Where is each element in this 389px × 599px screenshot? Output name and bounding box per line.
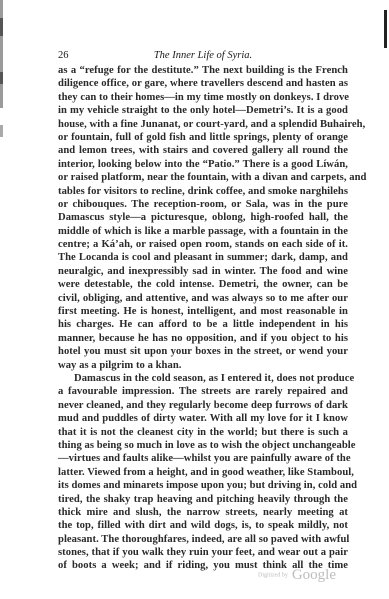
text-line: a favourable impression. The streets are…: [58, 385, 348, 398]
text-line: tables for visitors to recline, drink co…: [58, 185, 348, 198]
text-line: interior, looking below into the “Patio.…: [58, 158, 348, 171]
text-line: first meeting. He is honest, intelligent…: [58, 305, 348, 318]
scan-edge-mark: [0, 72, 3, 84]
digitized-by-label: Digitized by: [258, 572, 288, 578]
text-line: thing as being so much in love as to wis…: [58, 439, 348, 452]
text-line: mud and puddles of dirty water. With all…: [58, 412, 348, 425]
text-line: middle of which is like a marble passage…: [58, 225, 348, 238]
body-text: as a “refuge for the destitute.” The nex…: [58, 64, 348, 573]
text-line: way as a pilgrim to a khan.: [58, 359, 348, 372]
text-line: house, with a fine Junanat, or court-yar…: [58, 118, 348, 131]
text-line: they can to their homes—in my time mostl…: [58, 91, 348, 104]
text-line: hotel you must sit upon your boxes in th…: [58, 345, 348, 358]
scan-edge-right: [384, 10, 387, 48]
text-line: neuralgic, and inexpressibly sad in wint…: [58, 265, 348, 278]
text-line: that it is not the cleanest city in the …: [58, 426, 348, 439]
google-watermark: Digitized by Google: [258, 566, 336, 584]
text-line: never cleaned, and they regularly become…: [58, 399, 348, 412]
text-line: stones, that if you walk they ruin your …: [58, 546, 348, 559]
text-line: civil, obliging, and attentive, and was …: [58, 292, 348, 305]
text-line: its domes and minarets impose upon you; …: [58, 479, 348, 492]
text-line: as a “refuge for the destitute.” The nex…: [58, 64, 348, 77]
text-line: pleasant. The thoroughfares, indeed, are…: [58, 533, 348, 546]
scan-edge-mark: [0, 125, 3, 137]
text-line: Damascus style—a picturesque, oblong, hi…: [58, 211, 348, 224]
running-head: The Inner Life of Syria.: [58, 50, 348, 61]
text-line: —virtues and faults alike—whilst you are…: [58, 452, 348, 465]
page-header: 26 The Inner Life of Syria.: [58, 50, 348, 64]
text-line: The Locanda is cool and pleasant in summ…: [58, 251, 348, 264]
text-line: diligence office, or gare, where travell…: [58, 77, 348, 90]
text-line: latter. Viewed from a height, and in goo…: [58, 466, 348, 479]
text-line: were detestable, the cold intense. Demet…: [58, 278, 348, 291]
scan-edge-left: [0, 0, 3, 108]
text-line: thick mire and slush, the narrow streets…: [58, 506, 348, 519]
text-line: and lemon trees, with stairs and covered…: [58, 144, 348, 157]
text-line: centre; a Ká’ah, or raised open room, st…: [58, 238, 348, 251]
text-line: or chibouques. The reception-room, or Sa…: [58, 198, 348, 211]
text-line: or fountain, full of gold fish and littl…: [58, 131, 348, 144]
text-line: the top, filled with dirt and wild dogs,…: [58, 519, 348, 532]
text-line: tired, the shaky trap heaving and pitchi…: [58, 493, 348, 506]
text-line: Damascus in the cold season, as I entere…: [58, 372, 348, 385]
text-line: his charges. He can afford to be a littl…: [58, 318, 348, 331]
text-line: in my vehicle straight to the only hotel…: [58, 104, 348, 117]
google-logo: Google: [292, 567, 336, 583]
scan-edge-mark: [0, 18, 3, 36]
text-line: or raised platform, near the fountain, w…: [58, 171, 348, 184]
text-line: manner, because he has no opposition, an…: [58, 332, 348, 345]
